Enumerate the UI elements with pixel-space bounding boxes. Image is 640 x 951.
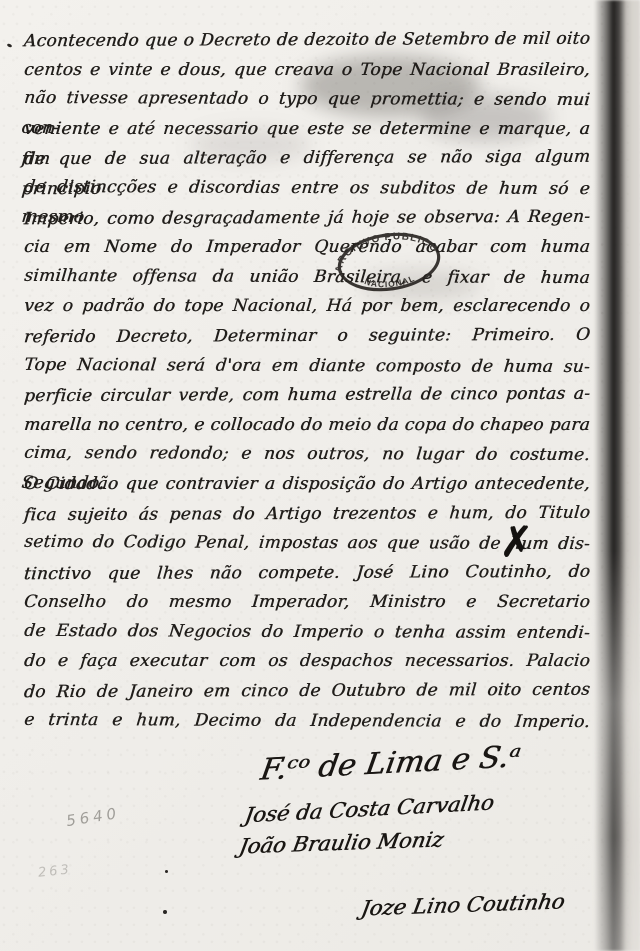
manuscript-line: setimo do Codigo Penal, impostas aos que… — [23, 528, 592, 560]
manuscript-text-block: Acontecendo que o Decreto de dezoito de … — [24, 26, 590, 736]
manuscript-line: perficie circular verde, com huma estrel… — [23, 380, 592, 412]
manuscript-line: veniente e até necessario que este se de… — [23, 115, 592, 145]
manuscript-line: vez o padrão do tope Nacional, Há por be… — [23, 292, 592, 322]
signature-costa-carvalho: José da Costa Carvalho — [243, 791, 496, 828]
manuscript-line: do e faça executar com os despachos nece… — [23, 647, 592, 677]
manuscript-line: de distincções e discordias entre os sub… — [23, 173, 592, 205]
signature-lima-e-silva: F.ᶜᵒ de Lima e S.ᵃ — [258, 739, 523, 787]
manuscript-line: Acontecendo que o Decreto de dezoito de … — [23, 25, 592, 57]
manuscript-line: não tivesse apresentado o typo que prome… — [23, 84, 592, 116]
manuscript-line: centos e vinte e dous, que creava o Tope… — [23, 56, 592, 86]
manuscript-line: marella no centro, e collocado do meio d… — [23, 411, 592, 441]
pencil-annotation-top: 5640 — [65, 804, 121, 830]
manuscript-line: e trinta e hum, Decimo da Independencia … — [23, 706, 592, 738]
manuscript-line: Conselho do mesmo Imperador, Ministro e … — [23, 588, 592, 618]
manuscript-line: referido Decreto, Determinar o seguinte:… — [23, 321, 592, 353]
manuscript-line: cima, sendo redondo; e nos outros, no lu… — [23, 439, 592, 471]
manuscript-line: de Estado dos Negocios do Imperio o tenh… — [23, 617, 592, 649]
ink-speck — [7, 43, 13, 48]
signature-lino-coutinho: Joze Lino Coutinho — [359, 889, 566, 920]
scan-edge-shadow — [594, 0, 640, 951]
manuscript-line: O Cidadão que contravier a disposição do… — [23, 470, 592, 500]
pencil-annotation-bottom: 263 — [37, 862, 72, 880]
manuscript-line: Imperio, como desgraçadamente já hoje se… — [23, 202, 592, 234]
manuscript-line: tinctivo que lhes não compete. José Lino… — [23, 557, 592, 589]
ink-speck — [163, 910, 167, 914]
manuscript-line: fica sujeito ás penas do Artigo trezento… — [23, 498, 592, 530]
signature-braulio-moniz: João Braulio Moniz — [237, 827, 445, 858]
manuscript-line: cia em Nome do Imperador Querendo acabar… — [23, 233, 592, 263]
manuscript-line: de que de sua alteração e differença se … — [23, 143, 592, 175]
ink-speck — [165, 870, 168, 873]
manuscript-line: do Rio de Janeiro em cinco de Outubro de… — [23, 676, 592, 708]
manuscript-line: Tope Nacional será d'ora em diante compo… — [23, 350, 592, 382]
manuscript-line: similhante offensa da união Brasileira, … — [23, 262, 592, 294]
manuscript-page: Acontecendo que o Decreto de dezoito de … — [0, 0, 640, 951]
